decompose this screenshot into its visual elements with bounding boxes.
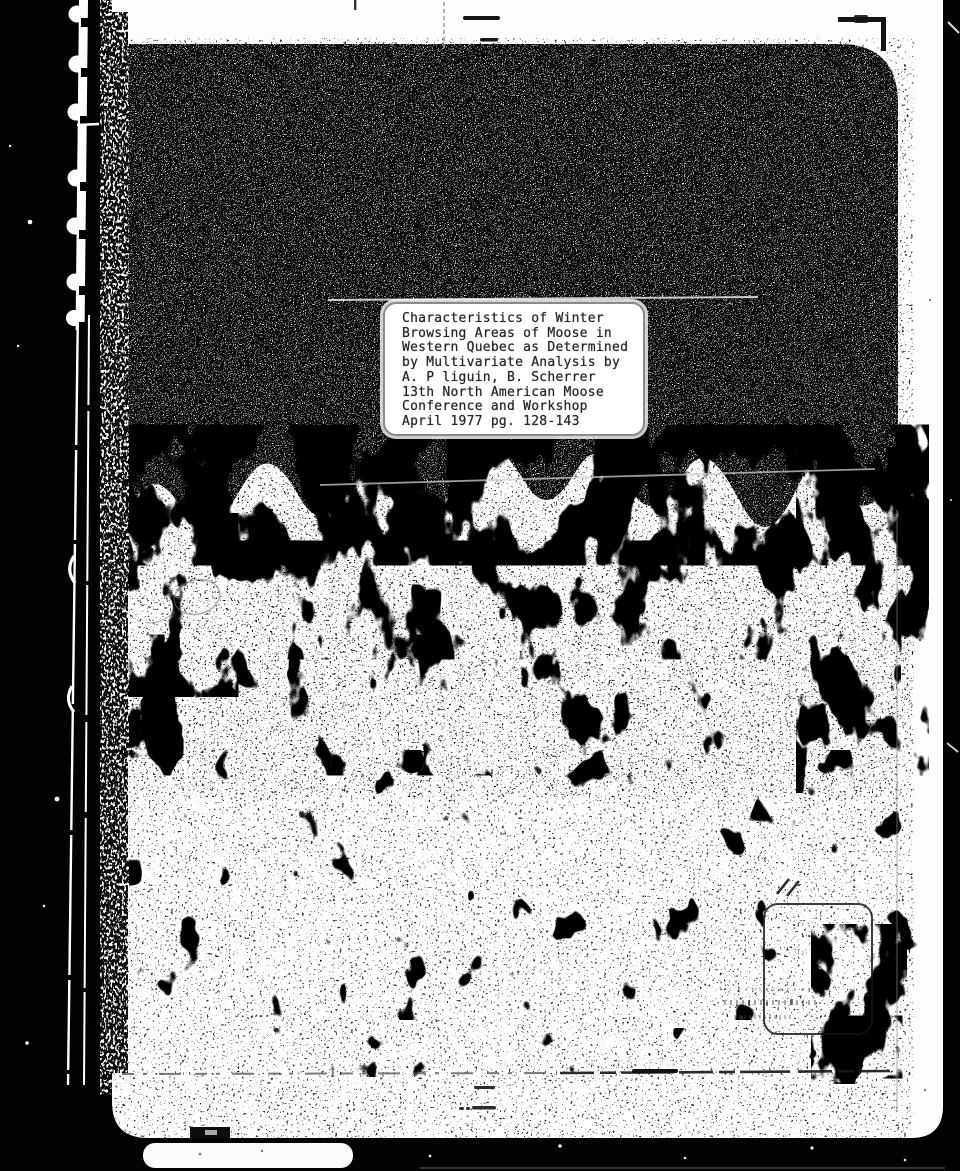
top-tick-mark — [354, 0, 356, 10]
bottom-tab-cutout — [143, 1143, 353, 1168]
bottom-scanner-band — [0, 1138, 960, 1171]
page-edge-shadow-strip — [101, 12, 128, 1073]
label-line-4: by Multivariate Analysis by — [402, 356, 637, 371]
catalog-label: Characteristics of Winter Browsing Areas… — [383, 302, 645, 436]
right-scanner-strip — [945, 0, 960, 1171]
illegible-stamp-marks — [720, 985, 830, 1031]
scanned-document-page: Characteristics of Winter Browsing Areas… — [0, 0, 960, 1171]
label-line-7: Conference and Workshop — [402, 400, 637, 415]
label-line-8: April 1977 pg. 128-143 — [402, 415, 637, 430]
label-line-5: A. P liguin, B. Scherrer — [402, 371, 637, 386]
label-line-1: Characteristics of Winter — [402, 312, 637, 327]
label-line-6: 13th North American Moose — [402, 386, 637, 401]
label-line-3: Western Quebec as Determined — [402, 341, 637, 356]
bottom-left-black-chip — [190, 1127, 230, 1139]
